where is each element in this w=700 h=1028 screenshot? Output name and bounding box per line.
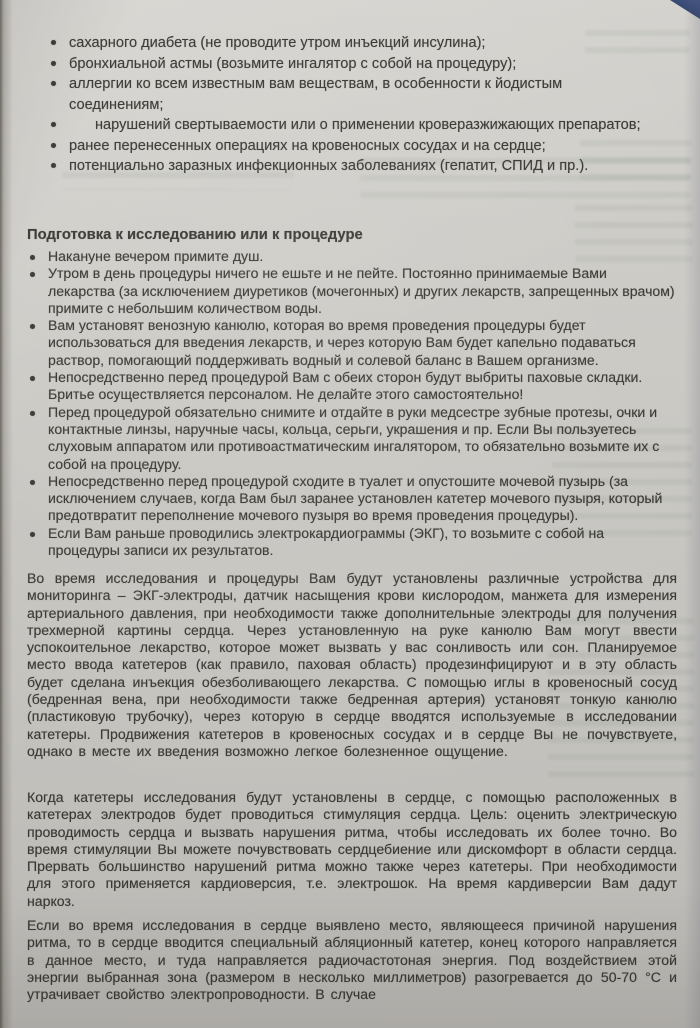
contraindication-item: ранее перенесенных операциях на кровенос… (48, 136, 616, 157)
photo-corner-background (670, 0, 700, 19)
contraindication-item: аллергии ко всем известным вам веществам… (48, 74, 616, 115)
preparation-item: Вам установят венозную канюлю, которая в… (27, 317, 677, 369)
contraindications-list: сахарного диабета (не проводите утром ин… (48, 33, 616, 177)
preparation-item: Непосредственно перед процедурой Вам с о… (27, 369, 677, 404)
preparation-item: Непосредственно перед процедурой сходите… (27, 473, 677, 525)
contraindication-item: нарушений свертываемости или о применени… (48, 115, 616, 136)
right-edge-shadow (684, 0, 700, 1028)
contraindication-item: потенциально заразных инфекционных забол… (48, 156, 616, 177)
contraindication-item: бронхиальной астмы (возьмите ингалятор с… (48, 54, 616, 75)
paragraph-monitoring: Во время исследования и процедуры Вам бу… (27, 570, 677, 760)
preparation-heading: Подготовка к исследованию или к процедур… (27, 226, 363, 245)
paragraph-ablation: Если во время исследования в сердце выяв… (27, 917, 677, 1003)
contraindication-item: сахарного диабета (не проводите утром ин… (48, 33, 616, 54)
left-edge-shadow (0, 0, 13, 1028)
document-page-photo: сахарного диабета (не проводите утром ин… (0, 0, 700, 1028)
preparation-item: Перед процедурой обязательно снимите и о… (27, 404, 677, 473)
preparation-list: Накануне вечером примите душ. Утром в де… (27, 248, 677, 559)
preparation-item: Накануне вечером примите душ. (27, 248, 677, 265)
paragraph-stimulation: Когда катетеры исследования будут устано… (27, 789, 677, 910)
preparation-item: Утром в день процедуры ничего не ешьте и… (27, 265, 677, 317)
preparation-item: Если Вам раньше проводились электрокарди… (27, 525, 677, 560)
